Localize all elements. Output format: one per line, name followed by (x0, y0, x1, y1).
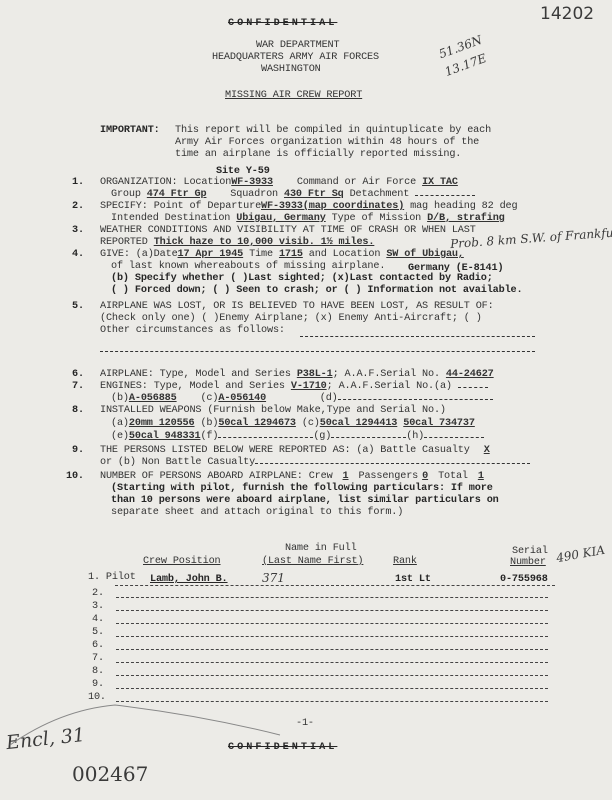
header-name: (Last Name First) (262, 556, 363, 567)
crew-name-note: 371 (262, 571, 285, 585)
weapon-b[interactable]: 50cal 1294673 (218, 418, 296, 429)
handwritten-kia-note: 490 KIA (555, 543, 606, 565)
give-location-label: and Location (309, 249, 381, 260)
squadron-label: Squadron (230, 189, 278, 200)
destination-label: Intended Destination (111, 213, 230, 224)
report-title: MISSING AIR CREW REPORT (225, 90, 362, 101)
important-line-1: This report will be compiled in quintupl… (175, 125, 491, 136)
non-battle-row: or (b) Non Battle Casualty (100, 457, 530, 468)
organization-row: ORGANIZATION: LocationWF-3933 Command or… (100, 177, 458, 188)
weapon-h[interactable] (424, 437, 484, 438)
engine-serial-d[interactable] (338, 399, 493, 400)
time-label: Time (249, 249, 273, 260)
loss-cause-label: AIRPLANE WAS LOST, OR IS BELIEVED TO HAV… (100, 301, 494, 312)
command-value[interactable]: IX TAC (422, 177, 458, 188)
crew-row-number: 1. (88, 572, 100, 583)
mission-label: Type of Mission (332, 213, 421, 224)
specify-whether-line-2: ( ) Forced down; ( ) Seen to crash; or (… (111, 285, 522, 296)
pencil-stroke (0, 700, 300, 750)
non-battle-value[interactable] (255, 463, 530, 464)
crew-row-number: 7. (92, 653, 104, 664)
crew-position: Pilot (106, 572, 136, 583)
table-row[interactable]: 5. (88, 627, 548, 640)
group-value[interactable]: 474 Ftr Gp (147, 189, 207, 200)
airplane-row: AIRPLANE: Type, Model and Series P38L-1;… (100, 369, 494, 380)
crew-row-number: 5. (92, 627, 104, 638)
header-line-1: WAR DEPARTMENT (256, 40, 340, 51)
item-9-number: 9. (72, 445, 84, 456)
classification-top: CONFIDENTIAL (228, 18, 337, 29)
total-count[interactable]: 1 (474, 471, 488, 482)
detachment-value[interactable] (415, 195, 475, 196)
table-row[interactable]: 6. (88, 640, 548, 653)
other-circumstances-label: Other circumstances as follows: (100, 325, 285, 336)
item-6-number: 6. (72, 369, 84, 380)
header-line-3: WASHINGTON (261, 64, 321, 75)
destination-value[interactable]: Ubigau, Germany (236, 213, 325, 224)
crew-row-1-line (115, 585, 555, 586)
group-label: Group (111, 189, 141, 200)
item-7-number: 7. (72, 381, 84, 392)
crew-row-number: 4. (92, 614, 104, 625)
weapon-c[interactable]: 50cal 1294413 (320, 418, 398, 429)
header-rank: Rank (393, 556, 417, 567)
persons-note-2: than 10 persons were aboard airplane, li… (111, 495, 499, 506)
crew-row-1: 1. Pilot (88, 572, 136, 583)
engine-serial-b[interactable]: A-056885 (129, 393, 177, 404)
header-serial: Number (510, 557, 546, 568)
give-location-value[interactable]: SW of Ubigau, (386, 249, 464, 260)
important-line-2: Army Air Forces organization within 48 h… (175, 137, 479, 148)
loss-cause-options: (Check only one) ( )Enemy Airplane; (x) … (100, 313, 482, 324)
weapons-row-2: (e)50cal 948331(f)(g)(h) (111, 431, 484, 442)
weapon-f[interactable] (218, 437, 313, 438)
specify-row: SPECIFY: Point of DepartureWF-3933(map c… (100, 201, 517, 212)
date-value[interactable]: 17 Apr 1945 (178, 249, 244, 260)
engines-label: ENGINES: (100, 381, 148, 392)
date-label: (a)Date (136, 249, 178, 260)
item-3-number: 3. (72, 225, 84, 236)
persons-note-1: (Starting with pilot, furnish the follow… (111, 483, 493, 494)
weapon-a[interactable]: 20mm 120556 (129, 418, 195, 429)
squadron-value[interactable]: 430 Ftr Sq (284, 189, 344, 200)
header-crew-position: Crew Position (143, 556, 221, 567)
item-8-number: 8. (72, 405, 84, 416)
reported-label: REPORTED (100, 237, 148, 248)
airplane-serial-value[interactable]: 44-24627 (446, 369, 494, 380)
item-1-number: 1. (72, 177, 84, 188)
organization-label: ORGANIZATION: (100, 177, 178, 188)
table-row[interactable]: 9. (88, 679, 548, 692)
whereabouts-text: of last known whereabouts of missing air… (111, 261, 385, 272)
document-number: 14202 (540, 4, 594, 24)
header-serial-top: Serial (512, 546, 548, 557)
airplane-label: AIRPLANE: (100, 369, 154, 380)
weapon-g[interactable] (331, 437, 406, 438)
passengers-count[interactable]: 0 (418, 471, 432, 482)
casualty-label: THE PERSONS LISTED BELOW WERE REPORTED A… (100, 445, 470, 456)
departure-label: Point of Departure (154, 201, 261, 212)
departure-value[interactable]: WF-3933(map coordinates) (261, 201, 404, 212)
passengers-label: Passengers (358, 471, 418, 482)
heading-value[interactable]: mag heading 82 deg (410, 201, 517, 212)
weapons-row-1: (a)20mm 120556 (b)50cal 1294673 (c)50cal… (111, 418, 475, 429)
engine-serial-c[interactable]: A-056140 (218, 393, 266, 404)
total-label: Total (438, 471, 468, 482)
handwritten-number: 002467 (72, 762, 148, 786)
engines-type-label: Type, Model and Series (154, 381, 285, 392)
weapon-e[interactable]: 50cal 948331 (129, 431, 201, 442)
item-2-number: 2. (72, 201, 84, 212)
item-10-number: 10. (66, 471, 84, 482)
crew-rank[interactable]: 1st Lt (395, 574, 431, 585)
time-value[interactable]: 1715 (279, 249, 303, 260)
specify-whether-line-1: (b) Specify whether ( )Last sighted; (x)… (111, 273, 493, 284)
weather-label: WEATHER CONDITIONS AND VISIBILITY AT TIM… (100, 225, 476, 236)
mission-value[interactable]: D/B, strafing (427, 213, 505, 224)
crew-empty-rows: 2. 3. 4. 5. 6. 7. 8. 9. 10. (88, 588, 548, 705)
detachment-label: Detachment (350, 189, 410, 200)
location-label: Location (184, 177, 232, 188)
give-row: GIVE: (a)Date17 Apr 1945 Time 1715 and L… (100, 249, 464, 260)
airplane-type-value[interactable]: P38L-1 (297, 369, 333, 380)
crew-row-number: 8. (92, 666, 104, 677)
weather-value[interactable]: Thick haze to 10,000 visib. 1½ miles. (154, 237, 375, 248)
important-label: IMPORTANT: (100, 125, 160, 136)
crew-serial[interactable]: 0-755968 (500, 574, 548, 585)
battle-casualty-value[interactable]: X (476, 445, 498, 456)
weapons-label: INSTALLED WEAPONS (Furnish below Make,Ty… (100, 405, 446, 416)
crew-row-number: 2. (92, 588, 104, 599)
command-label: Command or Air Force (297, 177, 416, 188)
specify-label: SPECIFY: (100, 201, 148, 212)
engine-serials-row: (b)A-056885 (c)A-056140 (d) (111, 393, 493, 404)
engines-row: ENGINES: Type, Model and Series V-1710; … (100, 381, 488, 392)
table-row[interactable]: 4. (88, 614, 548, 627)
persons-note-3: separate sheet and attach original to th… (111, 507, 403, 518)
location-value[interactable]: WF-3933 (231, 177, 273, 188)
airplane-serial-label: A.A.F.Serial No. (345, 369, 440, 380)
non-battle-label: or (b) Non Battle Casualty (100, 457, 255, 468)
important-line-3: time an airplane is officially reported … (175, 149, 461, 160)
persons-label: NUMBER OF PERSONS ABOARD AIRPLANE: Crew (100, 471, 333, 482)
site-note: Site Y-59 (216, 166, 270, 177)
crew-name[interactable]: Lamb, John B. (150, 574, 228, 585)
engine-serial-a[interactable] (458, 387, 488, 388)
table-row[interactable]: 8. (88, 666, 548, 679)
header-name-top: Name in Full (285, 543, 357, 554)
crew-row-number: 6. (92, 640, 104, 651)
destination-row: Intended Destination Ubigau, Germany Typ… (111, 213, 505, 224)
engines-type-value[interactable]: V-1710 (291, 381, 327, 392)
table-row[interactable]: 7. (88, 653, 548, 666)
crew-row-number: 9. (92, 679, 104, 690)
engines-serial-label: A.A.F.Serial No.(a) (339, 381, 452, 392)
casualty-row: THE PERSONS LISTED BELOW WERE REPORTED A… (100, 445, 498, 456)
crew-row-number: 3. (92, 601, 104, 612)
crew-count[interactable]: 1 (339, 471, 353, 482)
weapon-d[interactable]: 50cal 734737 (403, 418, 475, 429)
persons-row: NUMBER OF PERSONS ABOARD AIRPLANE: Crew … (100, 471, 488, 482)
group-row: Group 474 Ftr Gp Squadron 430 Ftr Sq Det… (111, 189, 475, 200)
table-row[interactable]: 2. (88, 588, 548, 601)
airplane-type-label: Type, Model and Series (160, 369, 291, 380)
give-label: GIVE: (100, 249, 130, 260)
document-page: 14202 CONFIDENTIAL WAR DEPARTMENT HEADQU… (0, 0, 612, 800)
table-row[interactable]: 3. (88, 601, 548, 614)
item-5-number: 5. (72, 301, 84, 312)
weather-row: REPORTED Thick haze to 10,000 visib. 1½ … (100, 237, 374, 248)
header-line-2: HEADQUARTERS ARMY AIR FORCES (212, 52, 379, 63)
other-circumstances-line-1[interactable] (300, 336, 535, 337)
item-4-number: 4. (72, 249, 84, 260)
other-circumstances-line-2[interactable] (100, 351, 535, 352)
